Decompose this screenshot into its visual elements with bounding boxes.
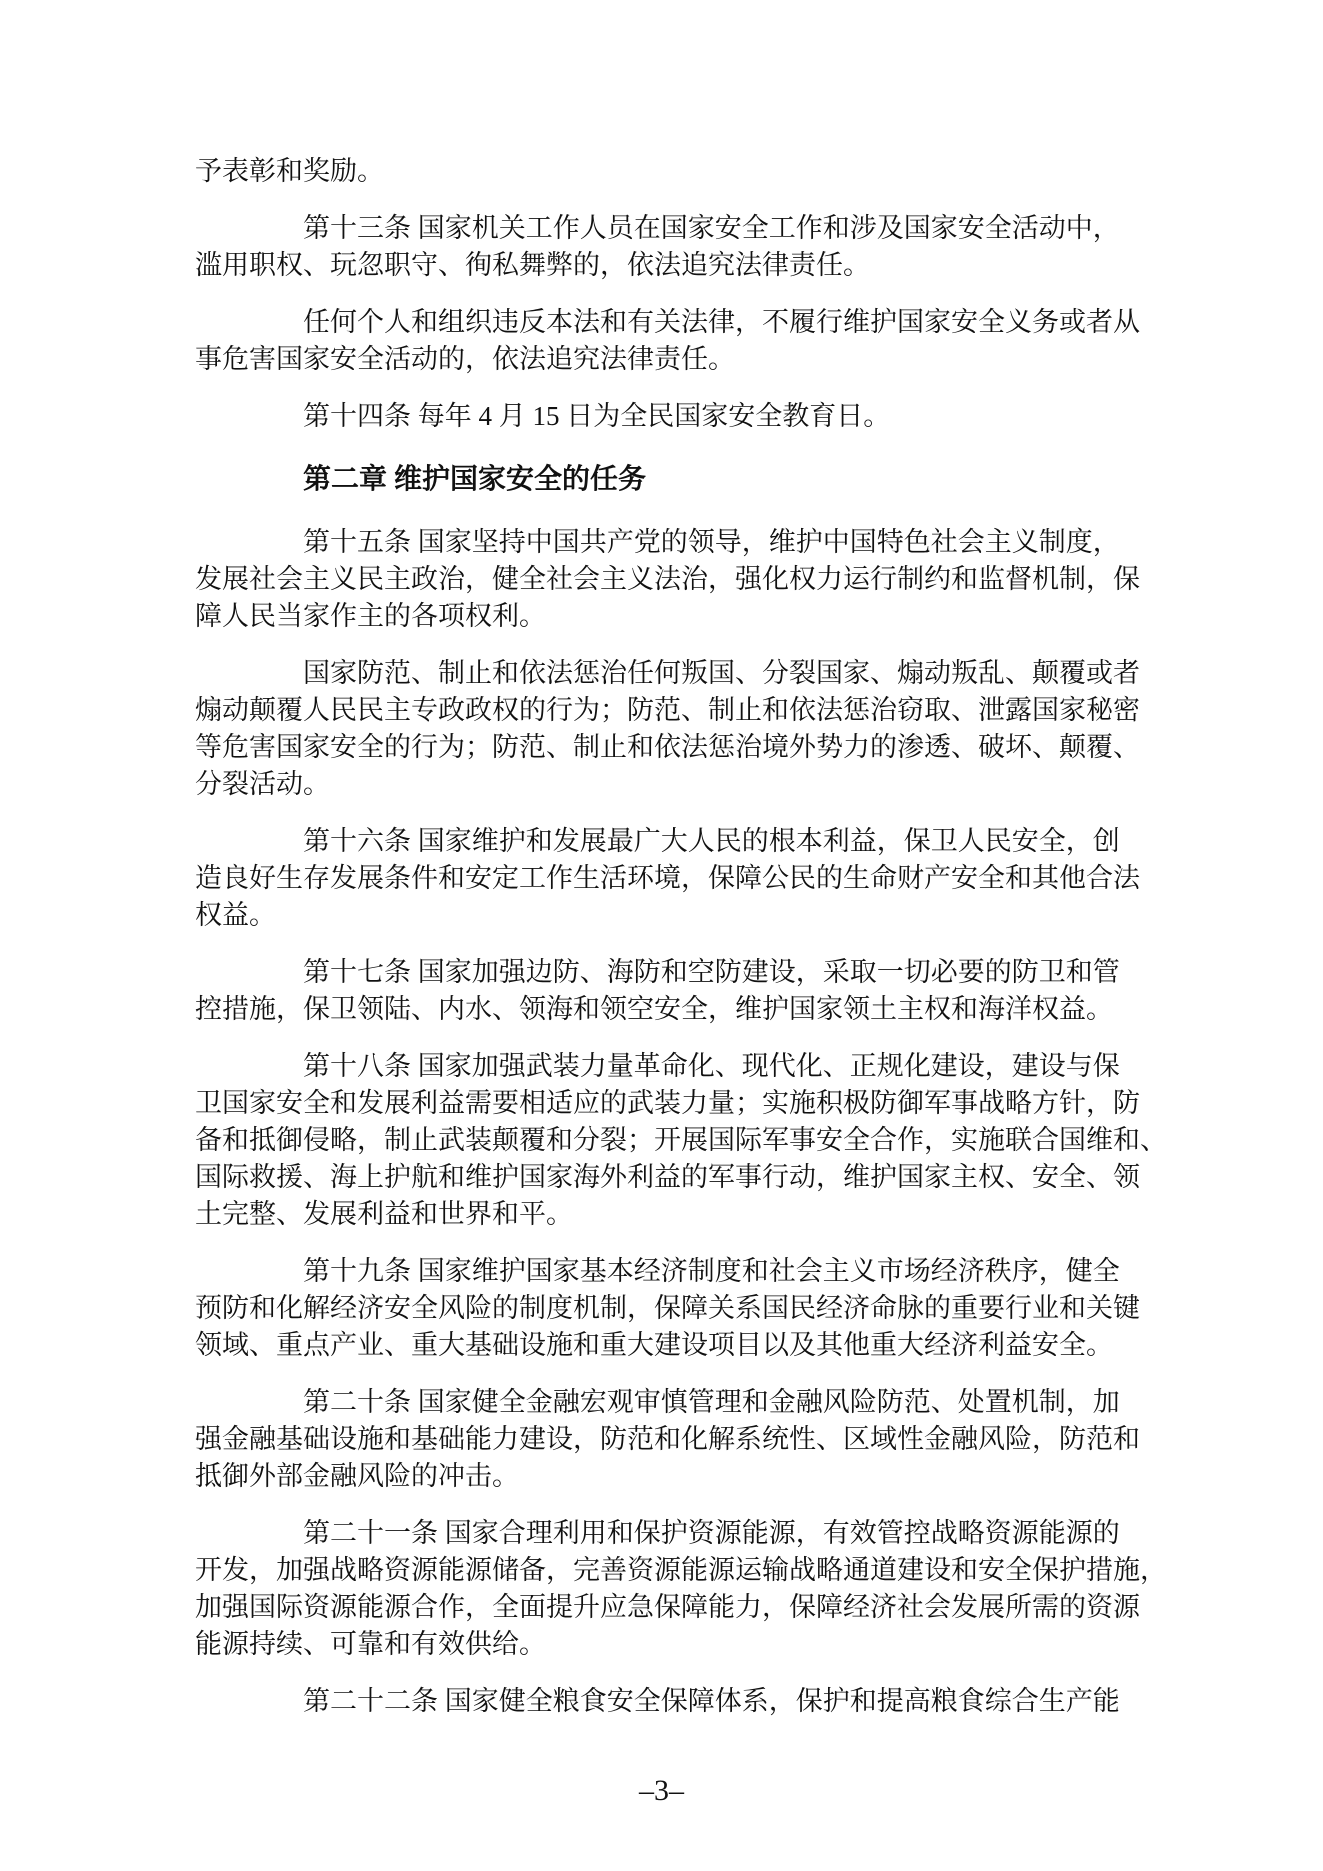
text-line: 任何个人和组织违反本法和有关法律，不履行维护国家安全义务或者从: [195, 304, 1160, 341]
text-line: 第二十二条 国家健全粮食安全保障体系，保护和提高粮食综合生产能: [195, 1683, 1160, 1720]
text-line: 第二章 维护国家安全的任务: [195, 461, 1160, 498]
text-line: 发展社会主义民主政治，健全社会主义法治，强化权力运行制约和监督机制，保: [195, 561, 1160, 598]
text-line: 事危害国家安全活动的，依法追究法律责任。: [195, 341, 1160, 378]
text-line: 抵御外部金融风险的冲击。: [195, 1458, 1160, 1495]
paragraph: 第十六条 国家维护和发展最广大人民的根本利益，保卫人民安全，创造良好生存发展条件…: [195, 823, 1160, 934]
text-line: 障人民当家作主的各项权利。: [195, 598, 1160, 635]
text-line: 第二十一条 国家合理利用和保护资源能源，有效管控战略资源能源的: [195, 1515, 1160, 1552]
chapter-heading: 第二章 维护国家安全的任务: [195, 455, 1160, 504]
text-line: 卫国家安全和发展利益需要相适应的武装力量；实施积极防御军事战略方针，防: [195, 1085, 1160, 1122]
document-body: 予表彰和奖励。第十三条 国家机关工作人员在国家安全工作和涉及国家安全活动中，滥用…: [195, 153, 1160, 1740]
text-line: 滥用职权、玩忽职守、徇私舞弊的，依法追究法律责任。: [195, 247, 1160, 284]
text-line: 造良好生存发展条件和安定工作生活环境，保障公民的生命财产安全和其他合法: [195, 860, 1160, 897]
text-line: 控措施，保卫领陆、内水、领海和领空安全，维护国家领土主权和海洋权益。: [195, 991, 1160, 1028]
text-line: 等危害国家安全的行为；防范、制止和依法惩治境外势力的渗透、破坏、颠覆、: [195, 729, 1160, 766]
text-line: 第十四条 每年 4 月 15 日为全民国家安全教育日。: [195, 398, 1160, 435]
text-line: 开发，加强战略资源能源储备，完善资源能源运输战略通道建设和安全保护措施，: [195, 1552, 1160, 1589]
paragraph: 第二十一条 国家合理利用和保护资源能源，有效管控战略资源能源的开发，加强战略资源…: [195, 1515, 1160, 1663]
text-line: 予表彰和奖励。: [195, 153, 1160, 190]
paragraph: 第十八条 国家加强武装力量革命化、现代化、正规化建设，建设与保卫国家安全和发展利…: [195, 1048, 1160, 1233]
paragraph: 国家防范、制止和依法惩治任何叛国、分裂国家、煽动叛乱、颠覆或者煽动颠覆人民民主专…: [195, 655, 1160, 803]
paragraph: 第十五条 国家坚持中国共产党的领导，维护中国特色社会主义制度，发展社会主义民主政…: [195, 524, 1160, 635]
text-line: 第十三条 国家机关工作人员在国家安全工作和涉及国家安全活动中，: [195, 210, 1160, 247]
paragraph: 第十四条 每年 4 月 15 日为全民国家安全教育日。: [195, 398, 1160, 435]
text-line: 备和抵御侵略，制止武装颠覆和分裂；开展国际军事安全合作，实施联合国维和、: [195, 1122, 1160, 1159]
text-line: 强金融基础设施和基础能力建设，防范和化解系统性、区域性金融风险，防范和: [195, 1421, 1160, 1458]
text-line: 领域、重点产业、重大基础设施和重大建设项目以及其他重大经济利益安全。: [195, 1327, 1160, 1364]
text-line: 第十七条 国家加强边防、海防和空防建设，采取一切必要的防卫和管: [195, 954, 1160, 991]
text-line: 国家防范、制止和依法惩治任何叛国、分裂国家、煽动叛乱、颠覆或者: [195, 655, 1160, 692]
text-line: 分裂活动。: [195, 766, 1160, 803]
text-line: 煽动颠覆人民民主专政政权的行为；防范、制止和依法惩治窃取、泄露国家秘密: [195, 692, 1160, 729]
paragraph: 第二十条 国家健全金融宏观审慎管理和金融风险防范、处置机制，加强金融基础设施和基…: [195, 1384, 1160, 1495]
text-line: 加强国际资源能源合作，全面提升应急保障能力，保障经济社会发展所需的资源: [195, 1589, 1160, 1626]
page-number: –3–: [0, 1772, 1323, 1809]
paragraph: 第二十二条 国家健全粮食安全保障体系，保护和提高粮食综合生产能: [195, 1683, 1160, 1720]
paragraph: 第十七条 国家加强边防、海防和空防建设，采取一切必要的防卫和管控措施，保卫领陆、…: [195, 954, 1160, 1028]
text-line: 第十六条 国家维护和发展最广大人民的根本利益，保卫人民安全，创: [195, 823, 1160, 860]
paragraph: 任何个人和组织违反本法和有关法律，不履行维护国家安全义务或者从事危害国家安全活动…: [195, 304, 1160, 378]
text-line: 第二十条 国家健全金融宏观审慎管理和金融风险防范、处置机制，加: [195, 1384, 1160, 1421]
text-line: 第十八条 国家加强武装力量革命化、现代化、正规化建设，建设与保: [195, 1048, 1160, 1085]
paragraph: 第十三条 国家机关工作人员在国家安全工作和涉及国家安全活动中，滥用职权、玩忽职守…: [195, 210, 1160, 284]
text-line: 国际救援、海上护航和维护国家海外利益的军事行动，维护国家主权、安全、领: [195, 1159, 1160, 1196]
text-line: 预防和化解经济安全风险的制度机制，保障关系国民经济命脉的重要行业和关键: [195, 1290, 1160, 1327]
paragraph: 第十九条 国家维护国家基本经济制度和社会主义市场经济秩序，健全预防和化解经济安全…: [195, 1253, 1160, 1364]
paragraph: 予表彰和奖励。: [195, 153, 1160, 190]
text-line: 第十五条 国家坚持中国共产党的领导，维护中国特色社会主义制度，: [195, 524, 1160, 561]
text-line: 能源持续、可靠和有效供给。: [195, 1626, 1160, 1663]
document-page: { "page": { "background": "#ffffff", "te…: [0, 0, 1323, 1871]
text-line: 土完整、发展利益和世界和平。: [195, 1196, 1160, 1233]
text-line: 权益。: [195, 897, 1160, 934]
text-line: 第十九条 国家维护国家基本经济制度和社会主义市场经济秩序，健全: [195, 1253, 1160, 1290]
